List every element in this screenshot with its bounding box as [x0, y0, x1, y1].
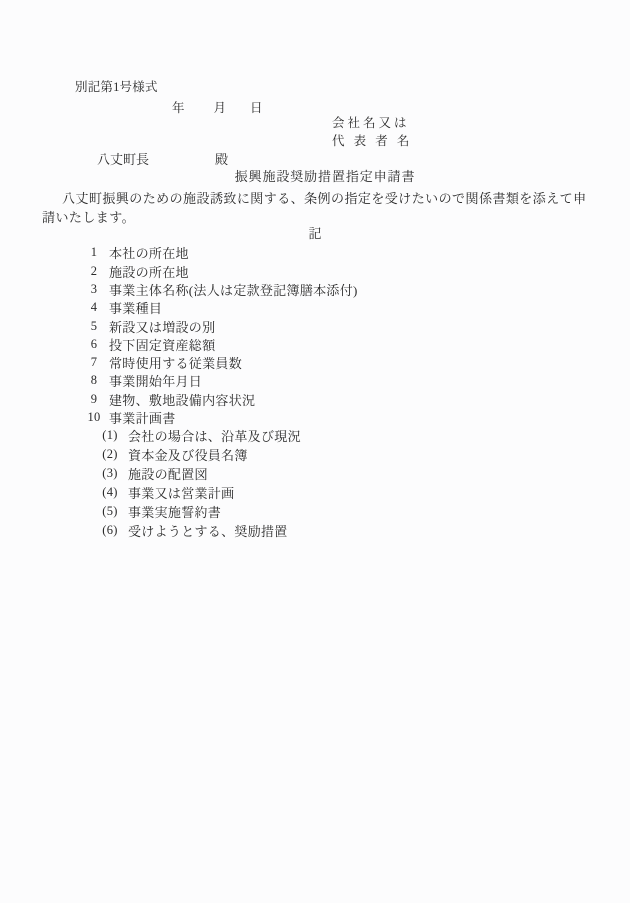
list-item-number: 6: [85, 337, 103, 352]
list-item-text: 事業計画書: [109, 408, 176, 427]
list-item: 5 新設又は増設の別: [85, 317, 630, 335]
sub-list-item-text: 受けようとする、奨励措置: [128, 521, 288, 540]
list-item-text: 投下固定資産総額: [109, 335, 215, 354]
sub-list-item-number: (3): [98, 466, 122, 481]
date-day-label: 日: [250, 101, 263, 115]
document-title: 振興施設奨励措置指定申請書: [10, 169, 630, 184]
list-item: 6 投下固定資産総額: [85, 335, 630, 353]
list-item: 9 建物、敷地設備内容状況: [85, 390, 630, 408]
list-item: 2 施設の所在地: [85, 262, 630, 280]
list-item: 8 事業開始年月日: [85, 372, 630, 390]
sub-list-item-text: 施設の配置図: [128, 464, 208, 483]
notice-heading: 記: [0, 227, 630, 241]
list-item-number: 4: [85, 300, 103, 315]
addressee-line: 八丈町長殿: [97, 153, 228, 167]
list-item-number: 1: [85, 245, 103, 260]
list-item-number: 5: [85, 319, 103, 334]
form-style-number-label: 別記第1号様式: [75, 81, 158, 94]
date-line: 年月日: [172, 102, 263, 115]
body-paragraph-line: 八丈町振興のための施設誘致に関する、条例の指定を受けたいので関係書類を添えて申: [42, 189, 594, 208]
representative-name-label: 代 表 者 名: [332, 135, 409, 148]
sub-list-item-text: 資本金及び役員名簿: [128, 445, 248, 464]
list-item-text: 本社の所在地: [109, 243, 189, 262]
sub-list-item-text: 事業又は営業計画: [128, 483, 234, 502]
sub-list-item: (4) 事業又は営業計画: [98, 483, 630, 502]
list-item-number: 9: [85, 392, 103, 407]
list-item-text: 施設の所在地: [109, 262, 189, 281]
honorific-label: 殿: [215, 153, 228, 167]
sub-list-item: (1) 会社の場合は、沿革及び現況: [98, 426, 630, 445]
company-name-label: 会社名又は: [332, 117, 410, 130]
mayor-label: 八丈町長: [97, 152, 149, 167]
body-paragraph: 八丈町振興のための施設誘致に関する、条例の指定を受けたいので関係書類を添えて申 …: [42, 189, 594, 227]
list-item-text: 事業種目: [109, 298, 162, 317]
sub-list-item: (2) 資本金及び役員名簿: [98, 445, 630, 464]
sub-list-item-number: (4): [98, 485, 122, 500]
list-item-number: 3: [85, 282, 103, 297]
sub-item-list: (1) 会社の場合は、沿革及び現況 (2) 資本金及び役員名簿 (3) 施設の配…: [0, 426, 630, 540]
list-item-number: 8: [85, 373, 103, 388]
sub-list-item: (3) 施設の配置図: [98, 464, 630, 483]
sub-list-item-text: 事業実施誓約書: [128, 502, 221, 521]
list-item-text: 新設又は増設の別: [109, 317, 215, 336]
sub-list-item: (5) 事業実施誓約書: [98, 502, 630, 521]
sub-list-item: (6) 受けようとする、奨励措置: [98, 521, 630, 540]
date-month-label: 月: [214, 101, 227, 115]
list-item-number: 10: [85, 410, 103, 425]
list-item-text: 建物、敷地設備内容状況: [109, 390, 255, 409]
sub-list-item-number: (6): [98, 523, 122, 538]
date-year-label: 年: [172, 101, 185, 115]
sub-list-item-number: (2): [98, 447, 122, 462]
sub-list-item-text: 会社の場合は、沿革及び現況: [128, 426, 301, 445]
sub-list-item-number: (5): [98, 504, 122, 519]
item-list: 1 本社の所在地 2 施設の所在地 3 事業主体名称(法人は定款登記簿膳本添付)…: [0, 244, 630, 427]
list-item: 3 事業主体名称(法人は定款登記簿膳本添付): [85, 280, 630, 298]
list-item-text: 事業主体名称(法人は定款登記簿膳本添付): [109, 280, 358, 299]
list-item-number: 2: [85, 264, 103, 279]
sub-list-item-number: (1): [98, 428, 122, 443]
list-item: 1 本社の所在地: [85, 244, 630, 262]
list-item-text: 事業開始年月日: [109, 371, 202, 390]
application-form-page: 別記第1号様式 年月日 会社名又は 代 表 者 名 八丈町長殿 振興施設奨励措置…: [0, 0, 630, 903]
body-paragraph-line: 請いたします。: [42, 208, 594, 227]
list-item: 10 事業計画書: [85, 408, 630, 426]
list-item-text: 常時使用する従業員数: [109, 353, 242, 372]
list-item: 7 常時使用する従業員数: [85, 353, 630, 371]
list-item: 4 事業種目: [85, 299, 630, 317]
list-item-number: 7: [85, 355, 103, 370]
